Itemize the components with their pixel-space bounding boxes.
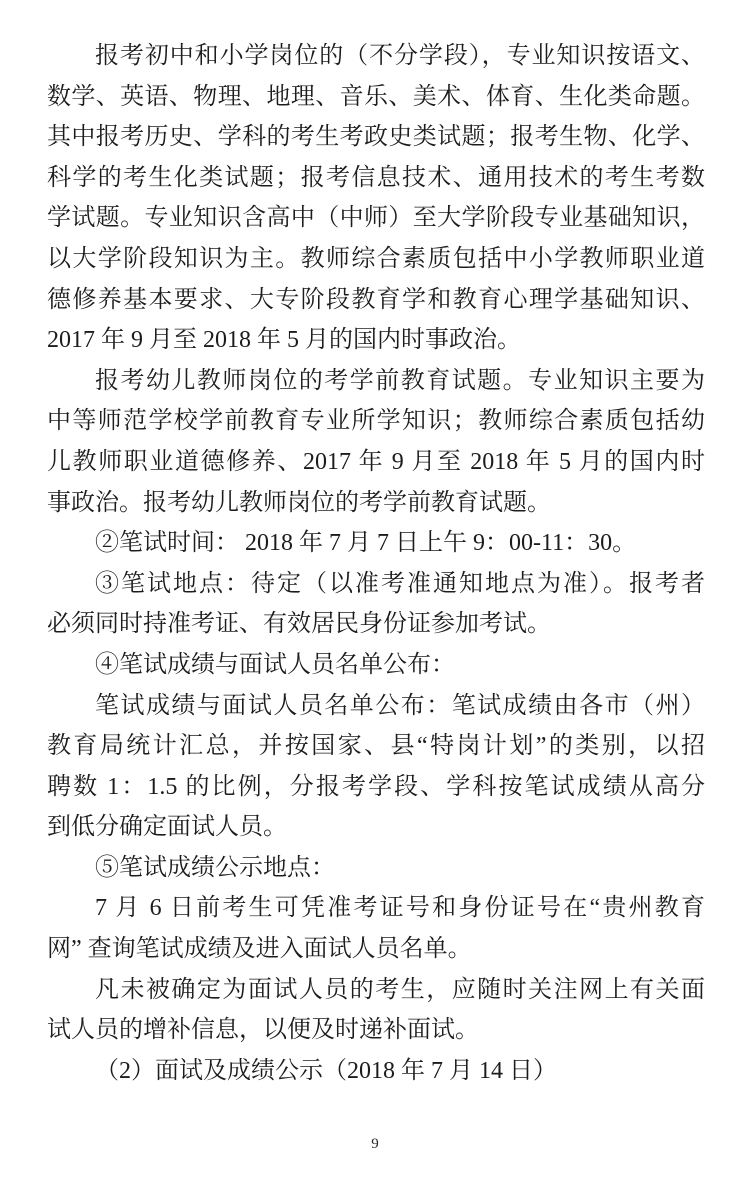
- text-line: 笔试成绩与面试人员名单公布：笔试成绩由各市（州）: [47, 686, 705, 727]
- text-line: 儿教师职业道德修养、2017 年 9 月至 2018 年 5 月的国内时: [47, 442, 705, 483]
- text-line: 网” 查询笔试成绩及进入面试人员名单。: [47, 929, 705, 970]
- text-line: 聘数 1：1.5 的比例，分报考学段、学科按笔试成绩从高分: [47, 767, 705, 808]
- text-line: 7 月 6 日前考生可凭准考证号和身份证号在“贵州教育: [47, 888, 705, 929]
- text-line: 教育局统计汇总，并按国家、县“特岗计划”的类别，以招: [47, 726, 705, 767]
- text-line: 试人员的增补信息，以便及时递补面试。: [47, 1010, 705, 1051]
- text-line: ⑤笔试成绩公示地点：: [47, 848, 705, 889]
- text-line: 数学、英语、物理、地理、音乐、美术、体育、生化类命题。: [47, 77, 705, 118]
- text-line: 2017 年 9 月至 2018 年 5 月的国内时事政治。: [47, 320, 705, 361]
- text-line: 凡未被确定为面试人员的考生，应随时关注网上有关面: [47, 970, 705, 1011]
- text-line: ③笔试地点：待定（以准考准通知地点为准）。报考者: [47, 564, 705, 605]
- document-body: 报考初中和小学岗位的（不分学段），专业知识按语文、 数学、英语、物理、地理、音乐…: [47, 36, 705, 1091]
- text-line: 到低分确定面试人员。: [47, 807, 705, 848]
- text-line: 其中报考历史、学科的考生考政史类试题；报考生物、化学、: [47, 117, 705, 158]
- text-line: （2）面试及成绩公示（2018 年 7 月 14 日）: [47, 1051, 705, 1092]
- text-line: 报考初中和小学岗位的（不分学段），专业知识按语文、: [47, 36, 705, 77]
- text-line: 必须同时持准考证、有效居民身份证参加考试。: [47, 604, 705, 645]
- text-line: 科学的考生化类试题；报考信息技术、通用技术的考生考数: [47, 158, 705, 199]
- document-page: 报考初中和小学岗位的（不分学段），专业知识按语文、 数学、英语、物理、地理、音乐…: [0, 0, 750, 1177]
- text-line: ④笔试成绩与面试人员名单公布：: [47, 645, 705, 686]
- text-line: 中等师范学校学前教育专业所学知识；教师综合素质包括幼: [47, 401, 705, 442]
- text-line: 事政治。报考幼儿教师岗位的考学前教育试题。: [47, 483, 705, 524]
- page-number: 9: [0, 1136, 750, 1153]
- text-line: 学试题。专业知识含高中（中师）至大学阶段专业基础知识，: [47, 198, 705, 239]
- text-line: 以大学阶段知识为主。教师综合素质包括中小学教师职业道: [47, 239, 705, 280]
- text-line: 报考幼儿教师岗位的考学前教育试题。专业知识主要为: [47, 361, 705, 402]
- text-line: ②笔试时间： 2018 年 7 月 7 日上午 9：00-11：30。: [47, 523, 705, 564]
- text-line: 德修养基本要求、大专阶段教育学和教育心理学基础知识、: [47, 280, 705, 321]
